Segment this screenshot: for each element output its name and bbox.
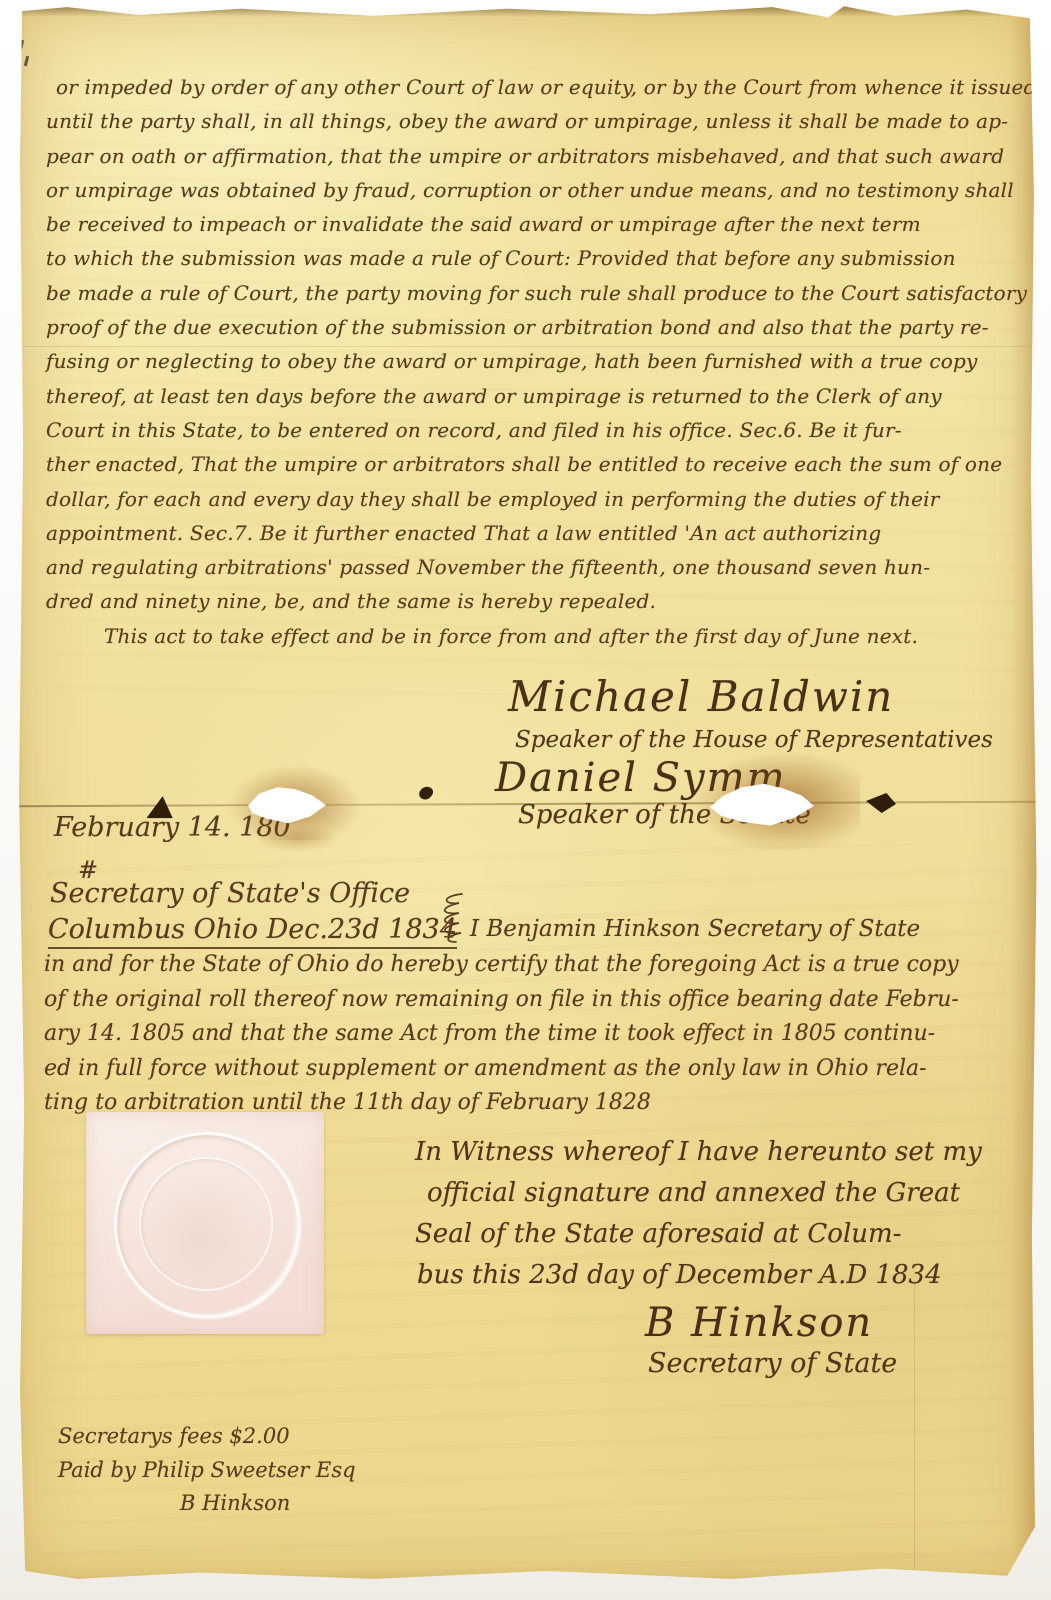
document-photo: or impeded by order of any other Court o… [0,0,1051,1600]
embossed-seal-ring [114,1132,300,1318]
handwritten-line: or umpirage was obtained by fraud, corru… [46,173,1043,207]
certification-line1: I Benjamin Hinkson Secretary of State [470,916,920,942]
handwritten-line: to which the submission was made a rule … [46,241,1043,275]
handwritten-line: appointment. Sec.7. Be it further enacte… [46,516,1043,550]
handwritten-line: and regulating arbitrations' passed Nove… [46,550,1043,584]
handwritten-line: B Hinkson [58,1487,356,1521]
witness-clause-block: In Witness whereof I have hereunto set m… [415,1132,982,1296]
handwritten-line: official signature and annexed the Great [415,1173,982,1214]
handwritten-line: ed in full force without supplement or a… [44,1052,959,1087]
handwritten-line: of the original roll thereof now remaini… [44,983,959,1018]
secretary-office-line: Secretary of State's Office [50,878,410,909]
handwritten-line: bus this 23d day of December A.D 1834 [415,1255,982,1296]
handwritten-line: pear on oath or affirmation, that the um… [46,139,1043,173]
certification-dateline: Columbus Ohio Dec.23d 1834 [48,914,457,949]
handwritten-line: Paid by Philip Sweetser Esq [58,1454,356,1488]
great-seal-wafer [86,1112,324,1334]
handwritten-line: be made a rule of Court, the party movin… [46,276,1043,310]
handwritten-line: fusing or neglecting to obey the award o… [46,344,1043,378]
handwritten-line: or impeded by order of any other Court o… [46,70,1043,104]
handwritten-line: proof of the due execution of the submis… [46,310,1043,344]
handwritten-line: be received to impeach or invalidate the… [46,207,1043,241]
embossed-seal-center [139,1157,273,1291]
fee-note-block: Secretarys fees $2.00Paid by Philip Swee… [58,1420,356,1521]
handwritten-line: thereof, at least ten days before the aw… [46,379,1043,413]
handwritten-line: Court in this State, to be entered on re… [46,413,1043,447]
manuscript-paper: or impeded by order of any other Court o… [16,4,1038,1582]
signature-b-hinkson: B Hinkson [645,1300,873,1346]
ink-blot [417,784,435,802]
handwritten-line: ary 14. 1805 and that the same Act from … [44,1017,959,1052]
handwritten-line: until the party shall, in all things, ob… [46,104,1043,138]
margin-ink-mark [24,56,29,66]
handwritten-line: in and for the State of Ohio do hereby c… [44,948,959,983]
handwritten-line: This act to take effect and be in force … [46,619,1043,653]
handwritten-line: dred and ninety nine, be, and the same i… [46,584,1043,618]
margin-ink-mark [19,40,24,50]
handwritten-line: ther enacted, That the umpire or arbitra… [46,447,1043,481]
signature-michael-baldwin: Michael Baldwin [508,672,894,721]
certification-text-block: in and for the State of Ohio do hereby c… [44,948,959,1121]
handwritten-line: Seal of the State aforesaid at Colum- [415,1214,982,1255]
title-speaker-house: Speaker of the House of Representatives [515,727,993,753]
handwritten-line: dollar, for each and every day they shal… [46,482,1043,516]
fold-crease [914,1280,915,1594]
ink-blot [146,794,175,821]
coil-flourish-mark [432,890,468,946]
handwritten-line: Secretarys fees $2.00 [58,1420,356,1454]
handwritten-line: In Witness whereof I have hereunto set m… [415,1132,982,1173]
stain [255,826,339,852]
act-text-block: or impeded by order of any other Court o… [46,70,1043,653]
title-secretary-of-state: Secretary of State [648,1348,897,1379]
ink-blot [866,793,896,813]
